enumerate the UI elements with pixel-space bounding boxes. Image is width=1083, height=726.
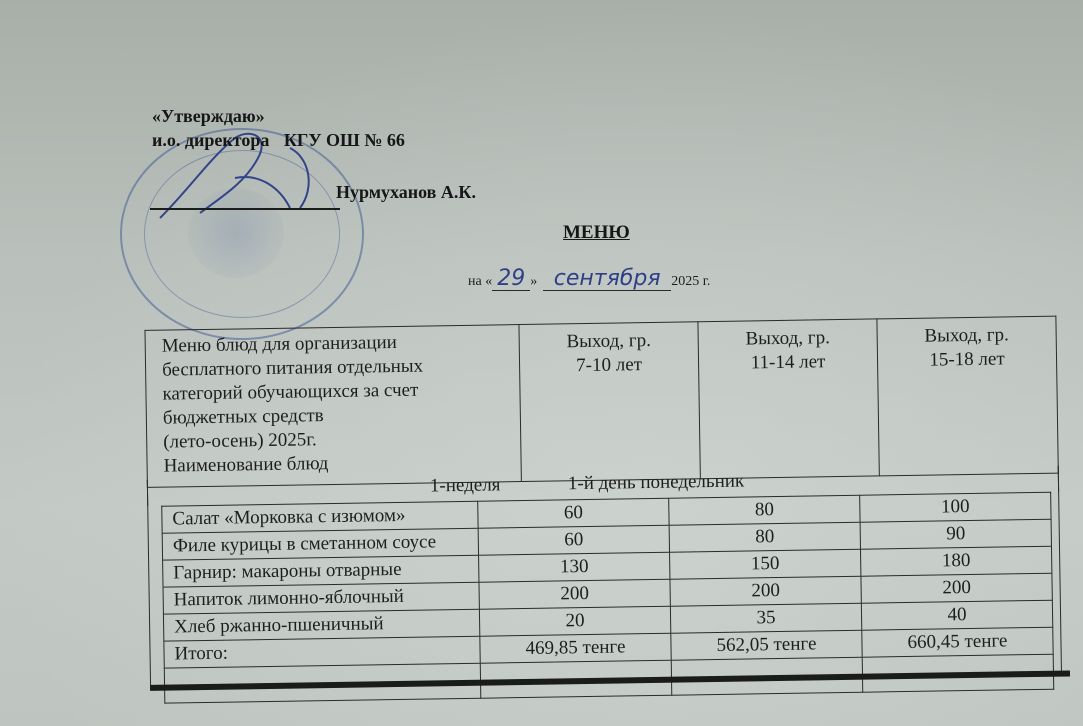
- column-header-line: Выход, гр.: [703, 325, 873, 352]
- portion-15-18: 100: [860, 492, 1051, 522]
- approver-position: и.о. директора: [152, 130, 269, 150]
- menu-table-header: Меню блюд для организации бесплатного пи…: [144, 316, 1058, 488]
- total-7-10: 469,85 тенге: [480, 633, 671, 663]
- portion-7-10: 60: [478, 498, 669, 528]
- portion-11-14: 150: [670, 549, 861, 579]
- organization-name: КГУ ОШ № 66: [284, 130, 405, 150]
- approval-heading: «Утверждаю»: [152, 106, 265, 126]
- signature-line: [150, 208, 340, 210]
- header-description: Меню блюд для организации бесплатного пи…: [145, 325, 521, 488]
- column-header-15-18: Выход, гр. 15-18 лет: [877, 316, 1058, 476]
- day-label: 1-й день понедельник: [568, 471, 745, 496]
- signer-name: Нурмуханов А.К.: [336, 182, 476, 203]
- total-15-18: 660,45 тенге: [862, 627, 1053, 657]
- portion-11-14: 35: [670, 603, 861, 633]
- document-title: МЕНЮ: [563, 222, 630, 244]
- column-header-line: Выход, гр.: [524, 328, 694, 355]
- total-11-14: 562,05 тенге: [671, 630, 862, 660]
- date-prefix: на «: [468, 274, 492, 289]
- date-year: 2025 г.: [671, 274, 710, 289]
- portion-11-14: 80: [669, 495, 860, 525]
- portion-7-10: 130: [479, 552, 670, 582]
- week-label: 1-неделя: [430, 474, 501, 497]
- date-day: 29: [492, 268, 530, 291]
- column-header-7-10: Выход, гр. 7-10 лет: [519, 322, 700, 482]
- portion-15-18: 200: [861, 573, 1052, 603]
- date-mid: »: [530, 274, 537, 289]
- portion-15-18: 40: [861, 600, 1052, 630]
- portion-7-10: 60: [478, 525, 669, 555]
- column-header-line: 15-18 лет: [882, 347, 1052, 374]
- approval-block: «Утверждаю» и.о. директора КГУ ОШ № 66: [152, 104, 405, 152]
- date-month: сентября: [543, 268, 671, 291]
- portion-7-10: 200: [479, 579, 670, 609]
- document-date: на «29»сентября2025 г.: [468, 268, 710, 291]
- column-header-line: Выход, гр.: [881, 323, 1051, 350]
- portion-7-10: 20: [479, 606, 670, 636]
- portion-11-14: 80: [669, 522, 860, 552]
- column-header-line: 11-14 лет: [703, 349, 873, 376]
- portion-11-14: 200: [670, 576, 861, 606]
- menu-table: Меню блюд для организации бесплатного пи…: [140, 286, 1068, 692]
- column-header-11-14: Выход, гр. 11-14 лет: [698, 319, 879, 479]
- portion-15-18: 180: [861, 546, 1052, 576]
- column-header-line: 7-10 лет: [524, 352, 694, 379]
- portion-15-18: 90: [860, 519, 1051, 549]
